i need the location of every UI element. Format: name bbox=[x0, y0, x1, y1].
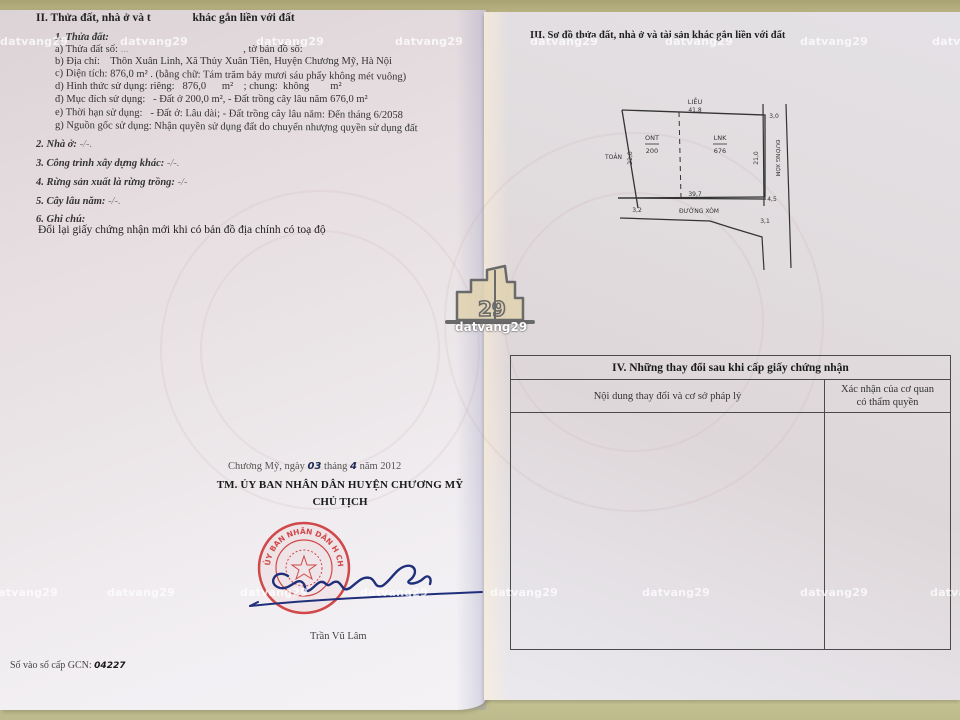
note-text: Đổi lại giấy chứng nhận mới khi có bản đ… bbox=[38, 224, 326, 236]
registry-number: 04227 bbox=[94, 661, 125, 671]
section-ii-title-tail: khác gắn liền với đất bbox=[192, 12, 294, 24]
watermark-text: datvang29 bbox=[395, 35, 463, 48]
signing-place: Chương Mỹ, ngày bbox=[228, 461, 305, 472]
other-construction-value: -/-. bbox=[167, 158, 180, 169]
watermark-text: datvang29 bbox=[932, 35, 960, 48]
svg-text:LNK: LNK bbox=[714, 134, 727, 142]
change-content-column-header: Nội dung thay đổi và cơ sở pháp lý bbox=[511, 380, 825, 413]
authority-confirmation-cell-empty bbox=[825, 413, 951, 650]
land-address-row: b) Địa chỉ: Thôn Xuân Linh, Xã Thủy Xuân… bbox=[55, 56, 392, 67]
plantation-forest-label: 4. Rừng sản xuất là rừng trồng: bbox=[36, 177, 175, 188]
registry-number-row: Số vào sổ cấp GCN: 04227 bbox=[10, 660, 125, 671]
perennial-trees-row: 5. Cây lâu năm: -/-. bbox=[36, 196, 121, 207]
background-emblem-pattern-inner bbox=[200, 230, 440, 470]
svg-text:22,0: 22,0 bbox=[627, 151, 634, 165]
house-label: 2. Nhà ở: bbox=[36, 139, 77, 150]
month-label: tháng bbox=[324, 461, 347, 472]
plot-boundary bbox=[618, 110, 765, 198]
svg-text:29: 29 bbox=[478, 297, 506, 321]
watermark-text: datvang29 bbox=[360, 586, 428, 599]
other-construction-label: 3. Công trình xây dựng khác: bbox=[36, 158, 164, 169]
watermark-text: datvang29 bbox=[800, 586, 868, 599]
watermark-text: datvang29 bbox=[240, 586, 308, 599]
watermark-text: datvang29 bbox=[490, 586, 558, 599]
house-row: 2. Nhà ở: -/-. bbox=[36, 139, 92, 150]
signer-title: CHỦ TỊCH bbox=[205, 496, 475, 508]
address-value: Thôn Xuân Linh, Xã Thủy Xuân Tiên, Huyện… bbox=[110, 56, 392, 67]
svg-text:LIỄU: LIỄU bbox=[688, 96, 703, 106]
svg-text:3,2: 3,2 bbox=[632, 207, 642, 214]
svg-text:ĐƯỜNG XÓM: ĐƯỜNG XÓM bbox=[774, 140, 781, 177]
watermark-text: datvang29 bbox=[930, 586, 960, 599]
use-purpose-label: đ) Mục đích sử dụng: bbox=[55, 94, 145, 105]
land-plot-diagram: LIỄU 41,8 TOẢN 22,0 ONT 200 LNK 676 21,0… bbox=[600, 90, 800, 280]
authority-header-line2: có thẩm quyền bbox=[857, 397, 919, 408]
origin-label: g) Nguồn gốc sử dụng: bbox=[55, 120, 152, 132]
svg-text:39,7: 39,7 bbox=[688, 191, 702, 198]
signing-date: Chương Mỹ, ngày 03 tháng 4 năm 2012 bbox=[228, 461, 401, 472]
svg-text:ĐƯỜNG XÓM: ĐƯỜNG XÓM bbox=[679, 208, 719, 215]
address-label: b) Địa chỉ: bbox=[55, 56, 100, 67]
svg-text:3,0: 3,0 bbox=[769, 113, 779, 120]
svg-text:ONT: ONT bbox=[645, 134, 659, 142]
datvang29-logo-text: datvang29 bbox=[455, 320, 527, 334]
section-ii-title: II. Thửa đất, nhà ở và t khác gắn liền v… bbox=[36, 12, 295, 24]
watermark-text: datvang29 bbox=[0, 35, 68, 48]
signer-name: Trần Vũ Lâm bbox=[310, 631, 367, 642]
other-construction-row: 3. Công trình xây dựng khác: -/-. bbox=[36, 158, 179, 169]
watermark-text: datvang29 bbox=[0, 586, 58, 599]
area-label: c) Diện tích: bbox=[55, 68, 108, 80]
house-value: -/-. bbox=[80, 139, 93, 150]
certificate-changes-table: IV. Những thay đổi sau khi cấp giấy chứn… bbox=[510, 355, 951, 650]
land-use-form-row: d) Hình thức sử dụng: riêng: 876,0 m² ; … bbox=[55, 81, 342, 92]
issuing-organization: TM. ỦY BAN NHÂN DÂN HUYỆN CHƯƠNG MỸ bbox=[205, 479, 475, 491]
use-term-value: - Đất ở: Lâu dài; - Đất trồng cây lâu nă… bbox=[150, 108, 403, 121]
registry-label: Số vào sổ cấp GCN: bbox=[10, 660, 92, 671]
svg-text:676: 676 bbox=[714, 147, 726, 155]
watermark-text: datvang29 bbox=[665, 35, 733, 48]
authority-header-line1: Xác nhận của cơ quan bbox=[841, 384, 934, 395]
signing-month: 4 bbox=[350, 461, 357, 472]
svg-text:4,5: 4,5 bbox=[767, 196, 777, 203]
perennial-trees-label: 5. Cây lâu năm: bbox=[36, 196, 105, 207]
plantation-forest-row: 4. Rừng sản xuất là rừng trồng: -/- bbox=[36, 177, 187, 188]
use-term-label: e) Thời hạn sử dụng: bbox=[55, 107, 143, 119]
internal-division-line bbox=[679, 112, 681, 198]
svg-text:TOẢN: TOẢN bbox=[604, 153, 622, 161]
section-ii-title-head: II. Thửa đất, nhà ở và t bbox=[36, 12, 151, 24]
perennial-trees-value: -/-. bbox=[108, 196, 121, 207]
authority-confirmation-column-header: Xác nhận của cơ quan có thẩm quyền bbox=[825, 380, 951, 413]
chairman-signature-icon bbox=[246, 548, 486, 618]
land-use-purpose-row: đ) Mục đích sử dụng: - Đất ở 200,0 m², -… bbox=[55, 94, 368, 105]
svg-text:41,8: 41,8 bbox=[688, 107, 702, 114]
svg-text:200: 200 bbox=[646, 147, 658, 155]
change-content-cell-empty bbox=[511, 413, 825, 650]
svg-text:3,1: 3,1 bbox=[760, 218, 770, 225]
watermark-text: datvang29 bbox=[530, 35, 598, 48]
use-purpose-value: - Đất ở 200,0 m², - Đất trồng cây lâu nă… bbox=[153, 94, 368, 105]
signing-day: 03 bbox=[308, 461, 322, 472]
origin-value: Nhận quyền sử dụng đất do chuyển nhượng … bbox=[154, 121, 417, 134]
svg-text:21,0: 21,0 bbox=[753, 151, 760, 165]
watermark-text: datvang29 bbox=[642, 586, 710, 599]
watermark-text: datvang29 bbox=[256, 35, 324, 48]
signing-year: năm 2012 bbox=[360, 461, 402, 472]
watermark-text: datvang29 bbox=[120, 35, 188, 48]
use-form-value: riêng: 876,0 m² ; chung: không m² bbox=[150, 81, 342, 92]
use-form-label: d) Hình thức sử dụng: bbox=[55, 81, 147, 92]
watermark-text: datvang29 bbox=[107, 586, 175, 599]
watermark-text: datvang29 bbox=[800, 35, 868, 48]
plantation-forest-value: -/- bbox=[178, 177, 188, 188]
section-iv-title: IV. Những thay đổi sau khi cấp giấy chứn… bbox=[511, 356, 951, 380]
